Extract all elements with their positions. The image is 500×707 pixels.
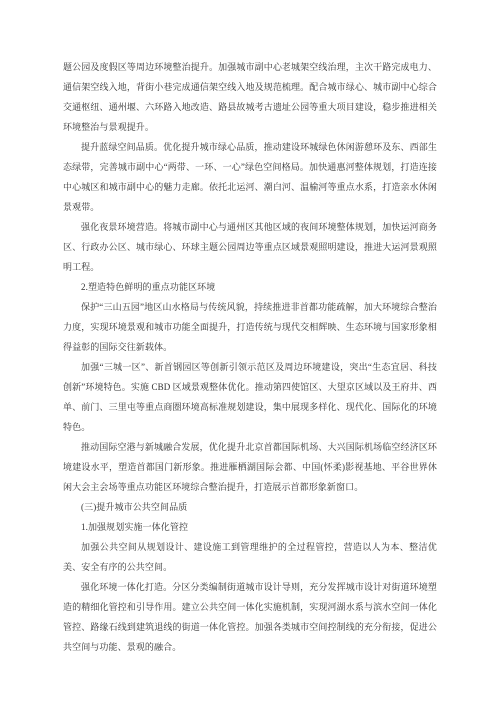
section-heading: 1.加强规划实施一体化管控 xyxy=(63,517,437,537)
section-heading: 2.塑造特色鲜明的重点功能区环境 xyxy=(63,277,437,297)
body-paragraph: 加强公共空间从规划设计、建设施工到管理维护的全过程管控，营造以人为本、整洁优美、… xyxy=(63,537,437,577)
document-page: 题公园及度假区等周边环境整治提升。加强城市副中心老城架空线治理，主次干路完成电力… xyxy=(0,0,500,707)
body-paragraph: 保护“三山五园”地区山水格局与传统风貌，持续推进非首都功能疏解，加大环境综合整治… xyxy=(63,297,437,357)
body-paragraph: 强化环境一体化打造。分区分类编制街道城市设计导则，充分发挥城市设计对街道环境塑造… xyxy=(63,577,437,657)
body-paragraph: 强化夜景环境营造。将城市副中心与通州区其他区域的夜间环境整体规划，加快运河商务区… xyxy=(63,217,437,277)
document-text-block: 题公园及度假区等周边环境整治提升。加强城市副中心老城架空线治理，主次干路完成电力… xyxy=(63,57,437,657)
body-paragraph: 题公园及度假区等周边环境整治提升。加强城市副中心老城架空线治理，主次干路完成电力… xyxy=(63,57,437,137)
section-heading: (三)提升城市公共空间品质 xyxy=(63,497,437,517)
body-paragraph: 推动国际空港与新城融合发展，优化提升北京首都国际机场、大兴国际机场临空经济区环境… xyxy=(63,437,437,497)
body-paragraph: 加强“三城一区”、新首钢园区等创新引领示范区及周边环境建设，突出“生态宜居、科技… xyxy=(63,357,437,437)
body-paragraph: 提升蓝绿空间品质。优化提升城市绿心品质，推动建设环城绿色休闲游憩环及东、西部生态… xyxy=(63,137,437,217)
